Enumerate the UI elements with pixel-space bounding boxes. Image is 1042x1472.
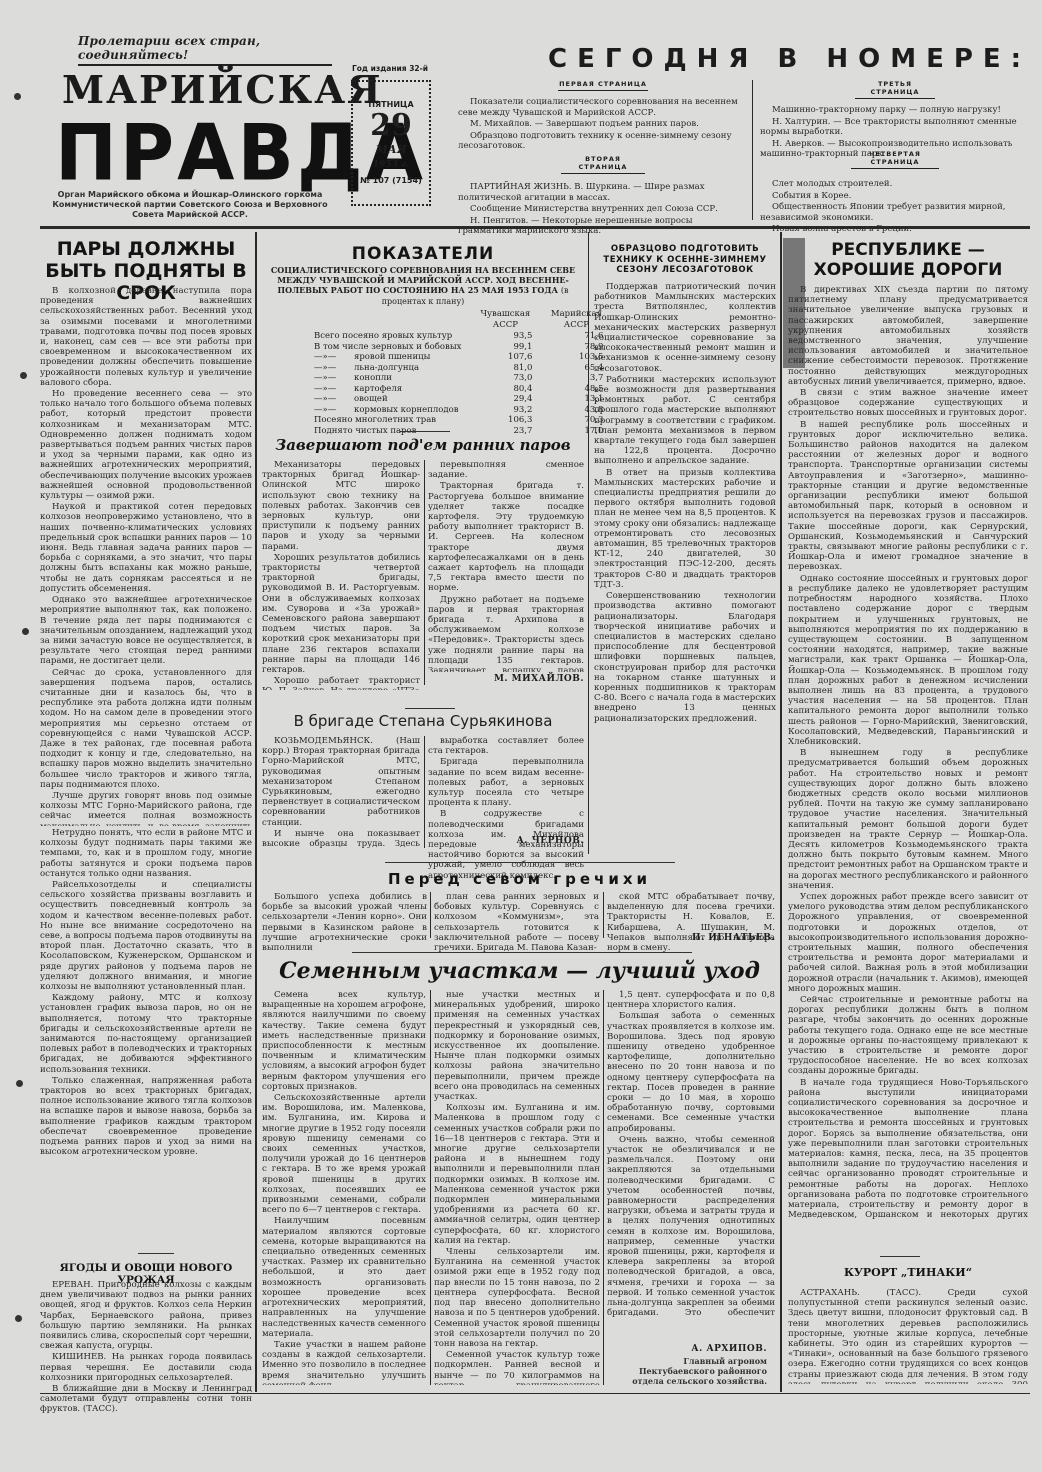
separator (385, 862, 675, 863)
stats-row-label: —»—картофеля (312, 384, 463, 395)
paragraph: Дружно работает на подъеме паров и перва… (428, 595, 584, 672)
article-zavershayut-col1: Механизаторы передовых тракторных бригад… (262, 460, 420, 690)
toc-page-2-items: ПАРТИЙНАЯ ЖИЗНЬ. В. Шуркина. — Шире разм… (458, 182, 748, 237)
signature-mikhailov: М. МИХАЙЛОВ. (428, 674, 584, 684)
paragraph: 1,5 цент. суперфосфата и по 0,8 центнера… (607, 990, 775, 1010)
stats-header-label (312, 308, 463, 331)
toc-page-1: ПЕРВАЯ СТРАНИЦА Показатели социалистичес… (458, 80, 748, 153)
paragraph: Семенной участок культур тоже подкормлен… (434, 1350, 600, 1385)
stats-row-text: Посеяно многолетних трав (314, 415, 436, 425)
stats-value-chuvash: 93,5 (463, 331, 534, 342)
stats-col-chuvash: Чувашская АССР (463, 308, 534, 331)
paragraph: КИШИНЕВ. На рынках города появилась перв… (40, 1352, 252, 1383)
paragraph: Очень важно, чтобы семенной участок не о… (607, 1135, 775, 1320)
toc-item: Н. Пенгитов. — Некоторые нерешенные вопр… (458, 216, 748, 237)
toc-divider (752, 80, 753, 220)
paragraph: В ближайшие дни в Москву и Ленинград сам… (40, 1384, 252, 1415)
stats-row: —»—конопли73,03,7 (312, 373, 605, 384)
toc-item: Общественность Японии требует развития м… (760, 202, 1030, 223)
ditto-mark: —»— (314, 384, 354, 395)
paragraph: ЕРЕВАН. Пригородные колхозы с каждым дне… (40, 1280, 252, 1351)
stats-subheadline: СОЦИАЛИСТИЧЕСКОГО СОРЕВНОВАНИЯ НА ВЕСЕНН… (262, 265, 584, 307)
hole-punch (15, 1315, 22, 1322)
stats-header-row: Чувашская АССР Марийская АССР (312, 308, 605, 331)
hole-punch (16, 1080, 23, 1087)
article-semennym-col1: Семена всех культур, выращенные на хорош… (262, 990, 426, 1385)
column-rule (424, 736, 425, 848)
ditto-mark: —»— (314, 352, 354, 363)
headline-brigada: В бригаде Степана Сурьякинова (262, 712, 584, 730)
toc-page-2: ВТОРАЯ СТРАНИЦА ПАРТИЙНАЯ ЖИЗНЬ. В. Шурк… (458, 155, 748, 238)
ditto-mark: —»— (314, 394, 354, 405)
column-rule (430, 990, 431, 1385)
headline-obraztsovo: ОБРАЗЦОВО ПОДГОТОВИТЬ ТЕХНИКУ К ОСЕННЕ-З… (594, 244, 776, 276)
paragraph: В ответ на призыв коллектива Мамлынских … (594, 468, 776, 590)
stats-value-chuvash: 99,1 (463, 342, 534, 353)
stats-value-chuvash: 93,2 (463, 405, 534, 416)
toc-page-2-label: ВТОРАЯ СТРАНИЦА (561, 155, 645, 174)
paragraph: Только слаженная, напряженная работа тра… (40, 1076, 252, 1158)
stats-table: Чувашская АССР Марийская АССР Всего посе… (312, 308, 605, 436)
article-semennym-col2: ные участки местных и минеральных удобре… (434, 990, 600, 1385)
ditto-mark: —»— (314, 363, 354, 374)
publication-year: Год издания 32-й (352, 64, 428, 73)
headline-grechiha: Перед севом гречихи (262, 870, 777, 888)
paragraph: В начале года трудящиеся Ново-Торъяльско… (788, 1078, 1028, 1220)
signature-arkhipov: А. АРХИПОВ. (607, 1344, 767, 1354)
stats-value-chuvash: 80,4 (463, 384, 534, 395)
stats-value-chuvash: 81,0 (463, 363, 534, 374)
article-zavershayut-col2: перевыполняя сменное задание. Тракторная… (428, 460, 584, 672)
stats-row-label: —»—кормовых корнеплодов (312, 405, 463, 416)
stats-row-label: —»—конопли (312, 373, 463, 384)
paragraph: Сейчас строительные и ремонтные работы н… (788, 995, 1028, 1077)
hole-punch (14, 93, 21, 100)
title-line-1: МАРИЙСКАЯ (62, 67, 383, 112)
headline-stats: ПОКАЗАТЕЛИ (262, 244, 584, 264)
stats-subheadline-text: СОЦИАЛИСТИЧЕСКОГО СОРЕВНОВАНИЯ НА ВЕСЕНН… (271, 265, 575, 295)
hole-punch (20, 372, 27, 379)
column-rule (430, 892, 431, 938)
toc-item: Слет молодых строителей. (760, 179, 1030, 190)
separator (138, 1253, 174, 1254)
signature-ignatyev: П. ИГНАТЬЕВ. (607, 933, 775, 943)
paragraph: перевыполняя сменное задание. (428, 460, 584, 480)
signature-title: Главный агроном Пектубаевского районного… (617, 1356, 767, 1386)
paragraph: Такие участки в нашем районе созданы в к… (262, 1340, 426, 1385)
toc-page-1-label: ПЕРВАЯ СТРАНИЦА (558, 80, 648, 91)
paragraph: Члены сельхозартели им. Булганина на сем… (434, 1247, 600, 1349)
toc-page-4: ЧЕТВЕРТАЯ СТРАНИЦА Слет молодых строител… (760, 150, 1030, 236)
paragraph: Лучше других говорят вновь под озимые ко… (40, 791, 252, 826)
stats-row-text: конопли (354, 373, 392, 383)
article-grechiha-col2: план сева ранних зерновых и бобовых куль… (434, 892, 599, 954)
stats-row-text: льна-долгунца (354, 363, 419, 373)
paragraph: ные участки местных и минеральных удобре… (434, 990, 600, 1102)
stats-row: Всего посеяно яровых культур93,571,6 (312, 331, 605, 342)
today-heading: СЕГОДНЯ В НОМЕРЕ: (548, 44, 1031, 74)
column-rule (780, 232, 782, 1392)
newspaper-page: Пролетарии всех стран, соединяйтесь! МАР… (0, 0, 1042, 1472)
day: 29 (353, 109, 429, 143)
hole-punch (22, 628, 29, 635)
paragraph: Механизаторы передовых тракторных бригад… (262, 460, 420, 552)
stats-row: В том числе зерновых и бобовых99,178,9 (312, 342, 605, 353)
paragraph: АСТРАХАНЬ. (ТАСС). Среди сухой полупусты… (788, 1288, 1028, 1384)
organ-statement: Орган Марийского обкома и Йошкар-Олинско… (50, 190, 330, 220)
toc-page-3: ТРЕТЬЯ СТРАНИЦА Машинно-тракторному парк… (760, 80, 1030, 161)
paragraph: Сельскохозяйственные артели им. Ворошило… (262, 1093, 426, 1215)
article-pary-body: В колхозной деревне наступила пора прове… (40, 286, 252, 826)
stats-row-text: В том числе зерновых и бобовых (314, 342, 461, 352)
article-obraztsovo-body: Поддержав патриотический почин работнико… (594, 282, 776, 852)
toc-item: Показатели социалистического соревновани… (458, 97, 748, 118)
toc-item: Н. Халтурин. — Все трактористы выполняют… (760, 117, 1030, 138)
toc-page-4-items: Слет молодых строителей. События в Корее… (760, 179, 1030, 235)
toc-item: Новая волна арестов в Греции. (760, 224, 1030, 235)
ditto-mark: —»— (314, 373, 354, 384)
toc-item: Машинно-тракторному парку — полную нагру… (760, 105, 1030, 116)
stats-value-chuvash: 29,4 (463, 394, 534, 405)
slogan: Пролетарии всех стран, соединяйтесь! (78, 34, 332, 66)
stats-value-chuvash: 23,7 (463, 426, 534, 437)
paragraph: Наилучшим посевным материалом являются с… (262, 1216, 426, 1338)
article-pary-body-continued: Нетрудно понять, что если в районе МТС и… (40, 828, 252, 1238)
stats-value-chuvash: 73,0 (463, 373, 534, 384)
paragraph: В колхозной деревне наступила пора прове… (40, 286, 252, 388)
article-brigada-col1: КОЗЬМОДЕМЬЯНСК. (Наш корр.) Вторая тракт… (262, 736, 420, 848)
headline-dorogi: РЕСПУБЛИКЕ — ХОРОШИЕ ДОРОГИ (788, 240, 1028, 280)
headline-zavershayut: Завершают под'ем ранних паров (262, 436, 584, 454)
paragraph: Большая забота о семенных участках прояв… (607, 1011, 775, 1133)
paragraph: В нашей республике роль шоссейных и грун… (788, 420, 1028, 573)
stats-row-text: яровой пшеницы (354, 352, 430, 362)
toc-page-4-label: ЧЕТВЕРТАЯ СТРАНИЦА (851, 150, 939, 169)
article-grechiha-col3: ской МТС обрабатывает почву, выделенную … (607, 892, 775, 954)
stats-row: —»—овощей29,413,1 (312, 394, 605, 405)
paragraph: Однако это важнейшее агротехническое мер… (40, 595, 252, 666)
paragraph: Хорошо работает тракторист Ю. П. Зайцев.… (262, 676, 420, 690)
toc-item: Образцово подготовить технику к осенне-з… (458, 131, 748, 152)
separator (405, 708, 455, 709)
paragraph: Большого успеха добились в борьбе за выс… (262, 892, 427, 953)
stats-row: Посеяно многолетних трав106,370,3 (312, 415, 605, 426)
paragraph: Бригада перевыполнила задание по всем ви… (428, 757, 584, 808)
paragraph: Поддержав патриотический почин работнико… (594, 282, 776, 374)
paragraph: Тракторная бригада т. Расторгуева большо… (428, 481, 584, 593)
column-rule (603, 990, 604, 1385)
article-semennym-col3: 1,5 цент. суперфосфата и по 0,8 центнера… (607, 990, 775, 1320)
year-date: 1953 г. (353, 160, 429, 170)
paragraph: Успех дорожных работ прежде всего зависи… (788, 892, 1028, 994)
column-rule (424, 460, 425, 685)
paragraph: Райсельхозотделы и специалисты сельского… (40, 880, 252, 992)
stats-row-text: овощей (354, 394, 388, 404)
stats-row-label: —»—яровой пшеницы (312, 352, 463, 363)
article-grechiha-col1: Большого успеха добились в борьбе за выс… (262, 892, 427, 954)
stats-value-chuvash: 106,3 (463, 415, 534, 426)
date-box: ПЯТНИЦА 29 МАЯ 1953 г. № 107 (7154) (351, 80, 431, 206)
stats-row-label: —»—льна-долгунца (312, 363, 463, 374)
article-kurort-body: АСТРАХАНЬ. (ТАСС). Среди сухой полупусты… (788, 1288, 1028, 1384)
stats-row: —»—кормовых корнеплодов93,243,8 (312, 405, 605, 416)
article-dorogi-body: В директивах XIX съезда партии по пятому… (788, 285, 1028, 1220)
paragraph: В директивах XIX съезда партии по пятому… (788, 285, 1028, 387)
signature-chernov: А. ЧЕРНОВ. (428, 836, 584, 846)
paragraph: выработка составляет более ста гектаров. (428, 736, 584, 756)
article-brigada-col2: выработка составляет более ста гектаров.… (428, 736, 584, 882)
paragraph: Но проведение весеннего сева — это тольк… (40, 389, 252, 501)
paragraph: Нетрудно понять, что если в районе МТС и… (40, 828, 252, 879)
paragraph: Каждому району, МТС и колхозу установлен… (40, 993, 252, 1075)
paragraph: Однако состояние шоссейных и грунтовых д… (788, 574, 1028, 747)
stats-row-label: —»—овощей (312, 394, 463, 405)
paragraph: план сева ранних зерновых и бобовых куль… (434, 892, 599, 953)
toc-item: ПАРТИЙНАЯ ЖИЗНЬ. В. Шуркина. — Шире разм… (458, 182, 748, 203)
paragraph: Семена всех культур, выращенные на хорош… (262, 990, 426, 1092)
separator (352, 952, 692, 953)
column-rule (255, 232, 257, 1392)
paragraph: Работники мастерских используют все возм… (594, 375, 776, 467)
issue-number: № 107 (7154) (353, 176, 429, 185)
stats-row: —»—льна-долгунца81,065,4 (312, 363, 605, 374)
column-rule (603, 892, 604, 938)
paragraph: КОЗЬМОДЕМЬЯНСК. (Наш корр.) Вторая тракт… (262, 736, 420, 828)
stats-body: Всего посеяно яровых культур93,571,6В то… (312, 331, 605, 436)
stats-row: Поднято чистых паров23,717,0 (312, 426, 605, 437)
separator (400, 431, 450, 432)
ditto-mark: —»— (314, 405, 354, 416)
stats-row-text: кормовых корнеплодов (354, 405, 459, 415)
paragraph: В связи с этим важное значение имеет обр… (788, 388, 1028, 419)
toc-page-3-label: ТРЕТЬЯ СТРАНИЦА (855, 80, 935, 99)
paragraph: Хороших результатов добились трактористы… (262, 553, 420, 675)
headline-semennym: Семенным участкам — лучший уход (262, 958, 777, 984)
stats-row-text: картофеля (354, 384, 402, 394)
paragraph: Совершенствованию технологии производств… (594, 591, 776, 724)
stats-row-label: В том числе зерновых и бобовых (312, 342, 463, 353)
paragraph: Колхозы им. Булганина и им. Маленкова в … (434, 1103, 600, 1246)
headline-kurort: КУРОРТ „ТИНАКИ“ (788, 1266, 1028, 1279)
toc-item: События в Корее. (760, 191, 1030, 202)
stats-row-label: Всего посеяно яровых культур (312, 331, 463, 342)
toc-page-1-items: Показатели социалистического соревновани… (458, 97, 748, 152)
stats-row: —»—яровой пшеницы107,6103,5 (312, 352, 605, 363)
toc-item: Сообщение Министерства внутренних дел Со… (458, 204, 748, 215)
paragraph: Сейчас до срока, установленного для заве… (40, 668, 252, 790)
separator (880, 1256, 920, 1257)
month: МАЯ (353, 143, 429, 156)
paragraph: И нынче она показывает высокие образцы т… (262, 829, 420, 848)
stats-value-chuvash: 107,6 (463, 352, 534, 363)
bottom-rule (40, 1393, 1030, 1394)
stats-row: —»—картофеля80,448,5 (312, 384, 605, 395)
paragraph: ской МТС обрабатывает почву, выделенную … (607, 892, 775, 953)
stats-row-text: Всего посеяно яровых культур (314, 331, 452, 341)
stats-row-label: Посеяно многолетних трав (312, 415, 463, 426)
toc-item: М. Михайлов. — Завершают подъем ранних п… (458, 119, 748, 130)
paragraph: Наукой и практикой сотен передовых колхо… (40, 502, 252, 594)
article-yagody-body: ЕРЕВАН. Пригородные колхозы с каждым дне… (40, 1280, 252, 1416)
paragraph: В нынешнем году в республике предусматри… (788, 748, 1028, 891)
